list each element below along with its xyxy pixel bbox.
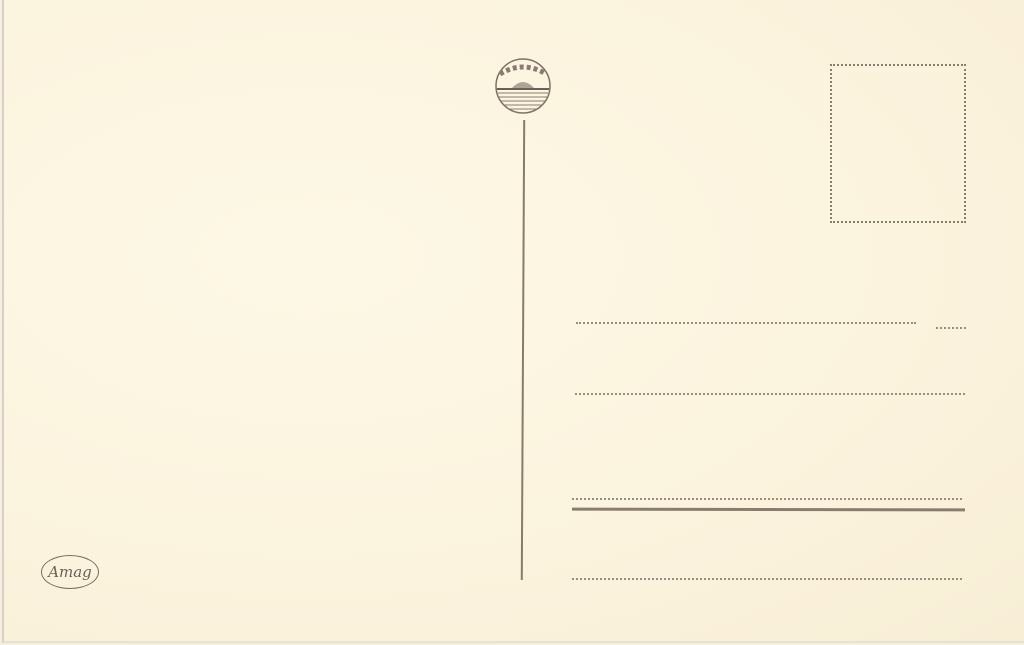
brand-mark: Amag bbox=[41, 555, 99, 589]
address-line-4 bbox=[572, 578, 962, 580]
address-line-1 bbox=[576, 322, 916, 324]
brand-mark-text: Amag bbox=[48, 563, 92, 581]
postcard-back: Amag bbox=[2, 0, 1024, 643]
center-divider-line bbox=[521, 120, 525, 580]
address-line-3 bbox=[572, 498, 962, 500]
address-line-1-suffix bbox=[936, 327, 966, 329]
stamp-box bbox=[830, 64, 966, 223]
address-line-solid bbox=[572, 508, 965, 512]
address-line-2 bbox=[575, 393, 965, 395]
publisher-emblem-icon bbox=[494, 58, 552, 114]
